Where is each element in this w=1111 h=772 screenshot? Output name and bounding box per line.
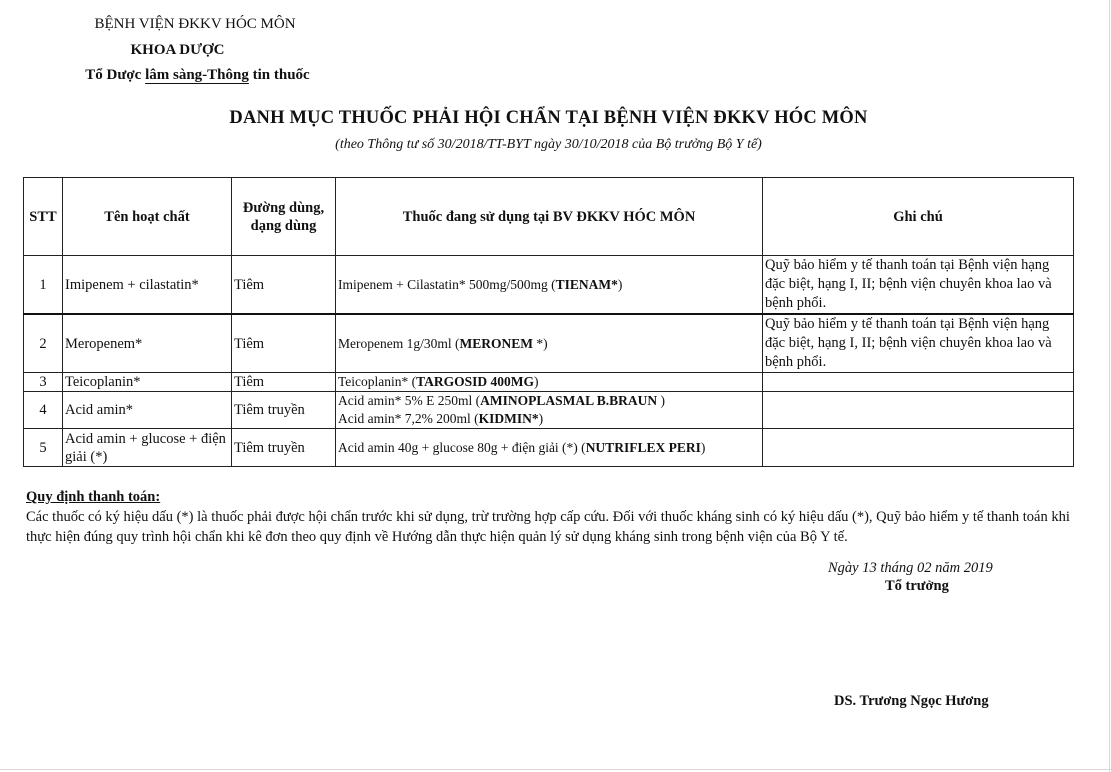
cell-active: Meropenem* (63, 314, 232, 373)
signature-name: DS. Trương Ngọc Hương (834, 693, 989, 710)
col-header-note: Ghi chú (763, 178, 1074, 256)
table-row: 1Imipenem + cilastatin*TiêmImipenem + Ci… (24, 256, 1074, 315)
drug-brand: NUTRIFLEX PERI (586, 440, 701, 455)
drug-desc: Meropenem 1g/30ml ( (338, 336, 459, 351)
col-header-drugs: Thuốc đang sử dụng tại BV ĐKKV HÓC MÔN (336, 178, 763, 256)
drug-tail: ) (618, 277, 623, 292)
drug-tail: ) (539, 411, 544, 426)
cell-drugs: Meropenem 1g/30ml (MERONEM *) (336, 314, 763, 373)
drug-tail: ) (701, 440, 706, 455)
unit-underlined: lâm sàng-Thông (145, 67, 249, 83)
cell-note (763, 429, 1074, 467)
cell-drugs: Imipenem + Cilastatin* 500mg/500mg (TIEN… (336, 256, 763, 315)
drug-table: STT Tên hoạt chất Đường dùng, dạng dùng … (23, 177, 1074, 467)
drug-brand: KIDMIN* (479, 411, 539, 426)
document-subtitle: (theo Thông tư số 30/2018/TT-BYT ngày 30… (0, 137, 1097, 153)
table-header-row: STT Tên hoạt chất Đường dùng, dạng dùng … (24, 178, 1074, 256)
drug-line: Acid amin* 7,2% 200ml (KIDMIN*) (338, 410, 760, 428)
drug-brand: MERONEM (459, 336, 533, 351)
table-row: 5Acid amin + glucose + điện giải (*)Tiêm… (24, 429, 1074, 467)
table-row: 3Teicoplanin*TiêmTeicoplanin* (TARGOSID … (24, 373, 1074, 392)
department-name: KHOA DƯỢC (40, 42, 315, 59)
drug-line: Teicoplanin* (TARGOSID 400MG) (338, 373, 760, 391)
drug-desc: Imipenem + Cilastatin* 500mg/500mg ( (338, 277, 556, 292)
cell-drugs: Teicoplanin* (TARGOSID 400MG) (336, 373, 763, 392)
cell-route: Tiêm truyền (232, 392, 336, 429)
document-title: DANH MỤC THUỐC PHẢI HỘI CHẨN TẠI BỆNH VI… (0, 108, 1097, 129)
cell-note (763, 373, 1074, 392)
col-header-route: Đường dùng, dạng dùng (232, 178, 336, 256)
table-row: 2Meropenem*TiêmMeropenem 1g/30ml (MERONE… (24, 314, 1074, 373)
table-row: 4Acid amin*Tiêm truyềnAcid amin* 5% E 25… (24, 392, 1074, 429)
cell-route: Tiêm (232, 314, 336, 373)
cell-stt: 5 (24, 429, 63, 467)
cell-stt: 1 (24, 256, 63, 315)
drug-brand: AMINOPLASMAL B.BRAUN (480, 393, 657, 408)
unit-suffix: tin thuốc (249, 67, 310, 83)
cell-note: Quỹ bảo hiểm y tế thanh toán tại Bệnh vi… (763, 256, 1074, 315)
cell-note: Quỹ bảo hiểm y tế thanh toán tại Bệnh vi… (763, 314, 1074, 373)
cell-route: Tiêm (232, 373, 336, 392)
drug-line: Imipenem + Cilastatin* 500mg/500mg (TIEN… (338, 276, 760, 294)
cell-stt: 2 (24, 314, 63, 373)
cell-active: Acid amin + glucose + điện giải (*) (63, 429, 232, 467)
unit-prefix: Tổ Dược (85, 67, 145, 83)
unit-name: Tổ Dược lâm sàng-Thông tin thuốc (40, 67, 355, 84)
drug-line: Acid amin* 5% E 250ml (AMINOPLASMAL B.BR… (338, 392, 760, 410)
cell-route: Tiêm truyền (232, 429, 336, 467)
drug-desc: Teicoplanin* ( (338, 374, 416, 389)
drug-desc: Acid amin* 5% E 250ml ( (338, 393, 480, 408)
cell-active: Teicoplanin* (63, 373, 232, 392)
drug-tail: ) (657, 393, 665, 408)
drug-line: Meropenem 1g/30ml (MERONEM *) (338, 335, 760, 353)
cell-drugs: Acid amin* 5% E 250ml (AMINOPLASMAL B.BR… (336, 392, 763, 429)
signature-date: Ngày 13 tháng 02 năm 2019 (828, 560, 993, 577)
cell-stt: 3 (24, 373, 63, 392)
cell-drugs: Acid amin 40g + glucose 80g + điện giải … (336, 429, 763, 467)
cell-stt: 4 (24, 392, 63, 429)
col-header-active: Tên hoạt chất (63, 178, 232, 256)
hospital-name: BỆNH VIỆN ĐKKV HÓC MÔN (40, 16, 350, 33)
regulations-body: Các thuốc có ký hiệu dấu (*) là thuốc ph… (26, 507, 1076, 547)
regulations-title: Quy định thanh toán: (26, 489, 160, 506)
page-edge-right (1109, 0, 1110, 772)
drug-tail: ) (534, 374, 539, 389)
cell-active: Imipenem + cilastatin* (63, 256, 232, 315)
cell-active: Acid amin* (63, 392, 232, 429)
drug-line: Acid amin 40g + glucose 80g + điện giải … (338, 439, 760, 457)
page-edge-bottom (0, 769, 1111, 770)
cell-route: Tiêm (232, 256, 336, 315)
drug-desc: Acid amin 40g + glucose 80g + điện giải … (338, 440, 586, 455)
col-header-stt: STT (24, 178, 63, 256)
signature-role: Tổ trưởng (885, 578, 949, 595)
cell-note (763, 392, 1074, 429)
drug-brand: TARGOSID 400MG (416, 374, 534, 389)
drug-brand: TIENAM* (556, 277, 618, 292)
drug-desc: Acid amin* 7,2% 200ml ( (338, 411, 479, 426)
drug-tail: *) (533, 336, 548, 351)
